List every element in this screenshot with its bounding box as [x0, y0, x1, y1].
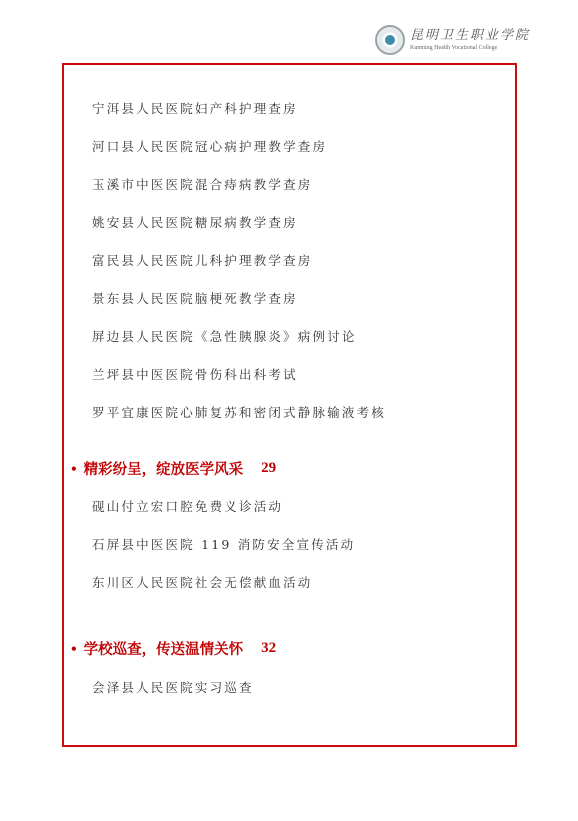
toc-item: 宁洱县人民医院妇产科护理查房: [92, 99, 298, 117]
bullet-icon: •: [70, 462, 78, 476]
toc-item: 兰坪县中医医院骨伤科出科考试: [92, 365, 298, 383]
college-logo: 昆明卫生职业学院 Kunming Health Vocational Colle…: [375, 22, 545, 58]
toc-item: 罗平宜康医院心肺复苏和密闭式静脉输液考核: [92, 403, 386, 421]
logo-text: 昆明卫生职业学院 Kunming Health Vocational Colle…: [410, 29, 530, 51]
toc-item: 屏边县人民医院《急性胰腺炎》病例讨论: [92, 327, 357, 345]
toc-item: 姚安县人民医院糖尿病教学查房: [92, 213, 298, 231]
toc-item: 会泽县人民医院实习巡查: [92, 678, 254, 696]
toc-item: 景东县人民医院脑梗死教学查房: [92, 289, 298, 307]
section-page-number: 29: [261, 460, 276, 477]
toc-item: 砚山付立宏口腔免费义诊活动: [92, 497, 283, 515]
section-title: 学校巡查，传送温情关怀: [84, 638, 244, 659]
toc-item: 玉溪市中医医院混合痔病教学查房: [92, 175, 313, 193]
toc-section-heading: • 精彩纷呈，绽放医学风采 29: [70, 458, 276, 479]
toc-section-heading: • 学校巡查，传送温情关怀 32: [70, 638, 276, 659]
toc-item: 富民县人民医院儿科护理教学查房: [92, 251, 313, 269]
logo-english-name: Kunming Health Vocational College: [410, 45, 530, 51]
toc-item: 东川区人民医院社会无偿献血活动: [92, 573, 313, 591]
section-title: 精彩纷呈，绽放医学风采: [84, 458, 244, 479]
bullet-icon: •: [70, 642, 78, 656]
toc-item: 石屏县中医医院 119 消防安全宣传活动: [92, 535, 355, 553]
section-page-number: 32: [261, 640, 276, 657]
toc-item: 河口县人民医院冠心病护理教学查房: [92, 137, 327, 155]
logo-chinese-name: 昆明卫生职业学院: [410, 29, 530, 42]
college-emblem-icon: [375, 25, 405, 55]
